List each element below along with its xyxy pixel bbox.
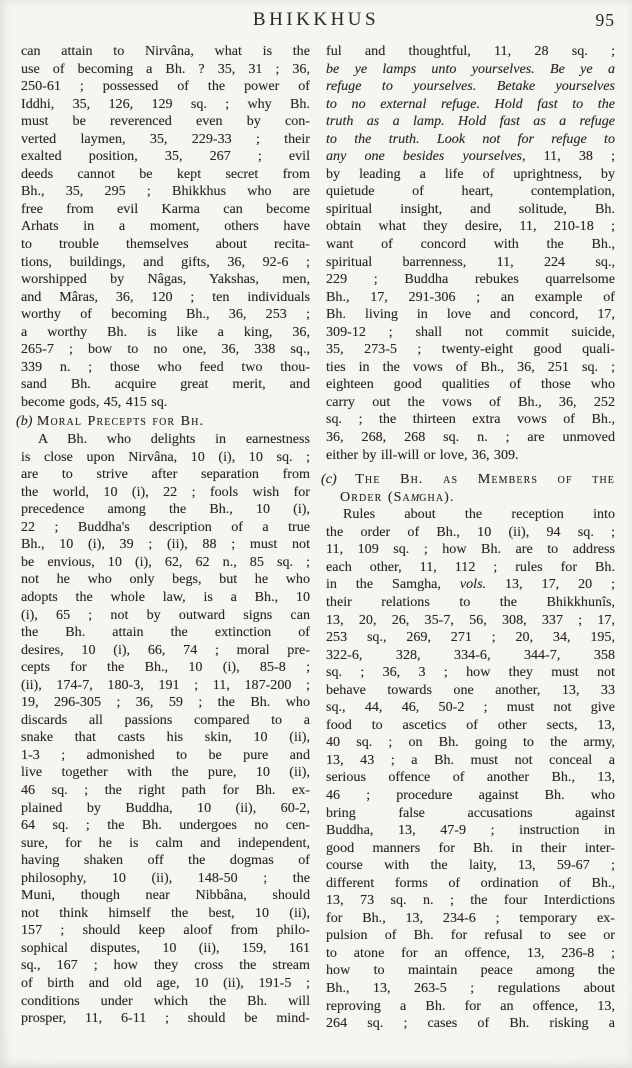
text-line: different forms of ordination of Bh., bbox=[326, 875, 615, 893]
text-line: Iddhi, 35, 126, 129 sq. ; why Bh. bbox=[21, 96, 310, 114]
text-segment: become gods, 45, 415 sq. bbox=[21, 394, 167, 410]
text-segment: quietude of heart, contemplation, bbox=[326, 183, 615, 199]
book-page: BHIKKHUS 95 can attain to Nirvâna, what … bbox=[0, 0, 632, 1068]
text-segment: be envious, 10 (i), 62, 62 n., 85 sq. ; bbox=[21, 554, 310, 570]
text-line: desires, 10 (i), 66, 74 ; moral pre- bbox=[21, 642, 310, 660]
text-segment: verted laymen, 35, 229-33 ; their bbox=[21, 131, 310, 147]
text-line: are to strive after separation from bbox=[21, 466, 310, 484]
text-line: 322-6, 328, 334-6, 344-7, 358 bbox=[326, 647, 615, 665]
text-line: worshipped by Nâgas, Yakshas, men, bbox=[21, 271, 310, 289]
text-segment: having shaken off the dogmas of bbox=[21, 852, 310, 868]
text-line: any one besides yourselves, 11, 38 ; bbox=[326, 148, 615, 166]
text-line: conditions under which the Bh. will bbox=[21, 993, 310, 1011]
text-segment: ful and thoughtful, 11, 28 sq. ; bbox=[326, 43, 615, 59]
text-segment: 13, 17, 20 ; bbox=[486, 576, 615, 592]
text-line: 157 ; should keep aloof from philo- bbox=[21, 922, 310, 940]
text-line: the world, 10 (i), 22 ; fools wish for bbox=[21, 484, 310, 502]
text-segment: sophical disputes, 10 (ii), 159, 161 bbox=[21, 940, 310, 956]
text-segment: 253 sq., 269, 271 ; 20, 34, 195, bbox=[326, 629, 615, 645]
text-line: philosophy, 10 (ii), 148-50 ; the bbox=[21, 870, 310, 888]
text-line: A Bh. who delights in earnestness bbox=[21, 431, 310, 449]
text-segment: is close upon Nirvâna, 10 (i), 10 sq. ; bbox=[21, 449, 310, 465]
text-segment: discards all passions compared to a bbox=[21, 712, 310, 728]
text-line: 36, 268, 268 sq. n. ; are unmoved bbox=[326, 429, 615, 447]
text-segment: how to maintain peace among the bbox=[326, 962, 615, 978]
text-line: eighteen good qualities of those who bbox=[326, 376, 615, 394]
text-segment: ties in the vows of Bh., 36, 251 sq. ; bbox=[326, 359, 615, 375]
text-segment: prosper, 11, 6-11 ; should be mind- bbox=[21, 1010, 310, 1026]
text-line: ful and thoughtful, 11, 28 sq. ; bbox=[326, 43, 615, 61]
text-line: 22 ; Buddha's description of a true bbox=[21, 519, 310, 537]
text-segment: pulsion of Bh. for refusal to see or bbox=[326, 927, 615, 943]
text-line: Muni, though near Nibbâna, should bbox=[21, 887, 310, 905]
text-line: 35, 273-5 ; twenty-eight good quali- bbox=[326, 341, 615, 359]
text-line: be ye lamps unto yourselves. Be ye a bbox=[326, 61, 615, 79]
text-segment: philosophy, 10 (ii), 148-50 ; the bbox=[21, 870, 310, 886]
text-line: (b) Moral Precepts for Bh. bbox=[16, 413, 310, 431]
text-segment: be ye lamps unto yourselves. Be ye a bbox=[326, 61, 615, 77]
text-line: how to maintain peace among the bbox=[326, 962, 615, 980]
text-line: the Bh. attain the extinction of bbox=[21, 624, 310, 642]
text-line: verted laymen, 35, 229-33 ; their bbox=[21, 131, 310, 149]
text-line: 229 ; Buddha rebukes quarrelsome bbox=[326, 271, 615, 289]
text-segment: 36, 268, 268 sq. n. ; are unmoved bbox=[326, 429, 615, 445]
text-segment: Rules about the reception into bbox=[343, 506, 615, 522]
text-segment: a worthy Bh. is like a king, 36, bbox=[21, 324, 310, 340]
text-line: tions, buildings, and gifts, 36, 92-6 ; bbox=[21, 254, 310, 272]
text-segment: not think himself the best, 10 (ii), bbox=[21, 905, 310, 921]
text-line: having shaken off the dogmas of bbox=[21, 852, 310, 870]
text-segment: Bh., 17, 291-306 ; an example of bbox=[326, 289, 615, 305]
text-line: ties in the vows of Bh., 36, 251 sq. ; bbox=[326, 359, 615, 377]
text-segment: deeds cannot be kept secret from bbox=[21, 166, 310, 182]
text-line: 250-61 ; possessed of the power of bbox=[21, 78, 310, 96]
text-segment: 13, 20, 26, 35-7, 56, 308, 337 ; 17, bbox=[326, 612, 615, 628]
text-line: pulsion of Bh. for refusal to see or bbox=[326, 927, 615, 945]
text-segment: and Mâras, 36, 120 ; ten individuals bbox=[21, 289, 310, 305]
text-line: food to ascetics of other sects, 13, bbox=[326, 717, 615, 735]
text-segment: by leading a life of uprightness, by bbox=[326, 166, 615, 182]
text-segment: sq., 44, 46, 50-2 ; must not give bbox=[326, 699, 615, 715]
text-segment: vols. bbox=[460, 576, 486, 592]
text-segment: 309-12 ; shall not commit suicide, bbox=[326, 324, 615, 340]
text-segment: truth as a lamp. Hold fast as a refuge bbox=[326, 113, 615, 129]
text-line: live together with the pure, 10 (ii), bbox=[21, 764, 310, 782]
text-segment: to atone for an offence, 13, 236-8 ; bbox=[326, 945, 615, 961]
text-segment: course with the laity, 13, 59-67 ; bbox=[326, 857, 615, 873]
text-line: snake that casts his skin, 10 (ii), bbox=[21, 729, 310, 747]
text-line: Bh., 10 (i), 39 ; (ii), 88 ; must not bbox=[21, 536, 310, 554]
text-segment: precedence among the Bh., 10 (i), bbox=[21, 501, 310, 517]
text-segment: Iddhi, 35, 126, 129 sq. ; why Bh. bbox=[21, 96, 310, 112]
text-segment: desires, 10 (i), 66, 74 ; moral pre- bbox=[21, 642, 310, 658]
text-line: either by ill-will or love, 36, 309. bbox=[326, 447, 615, 465]
text-line: a worthy Bh. is like a king, 36, bbox=[21, 324, 310, 342]
text-line: worthy of becoming Bh., 36, 253 ; bbox=[21, 306, 310, 324]
text-segment: (i), 65 ; not by outward signs can bbox=[21, 607, 310, 623]
text-line: Bh., 17, 291-306 ; an example of bbox=[326, 289, 615, 307]
text-segment: 322-6, 328, 334-6, 344-7, 358 bbox=[326, 647, 615, 663]
text-line: sophical disputes, 10 (ii), 159, 161 bbox=[21, 940, 310, 958]
text-line: 64 sq. ; the Bh. undergoes no cen- bbox=[21, 817, 310, 835]
text-segment: each other, 11, 112 ; rules for Bh. bbox=[326, 559, 615, 575]
text-segment: the Bh. attain the extinction of bbox=[21, 624, 310, 640]
text-segment: must be reverenced even by con- bbox=[21, 113, 310, 129]
text-segment: in the Samgha, bbox=[326, 576, 460, 592]
text-line: not he who only begs, but he who bbox=[21, 571, 310, 589]
text-segment: sq. ; the thirteen extra vows of Bh., bbox=[326, 411, 615, 427]
page-title: BHIKKHUS bbox=[0, 9, 632, 31]
text-columns: can attain to Nirvâna, what is theuse of… bbox=[21, 43, 615, 1033]
column-right: ful and thoughtful, 11, 28 sq. ;be ye la… bbox=[326, 43, 615, 1033]
text-line: discards all passions compared to a bbox=[21, 712, 310, 730]
text-segment: bring false accusations against bbox=[326, 805, 615, 821]
text-line: exalted position, 35, 267 ; evil bbox=[21, 148, 310, 166]
text-segment: 22 ; Buddha's description of a true bbox=[21, 519, 310, 535]
text-line: each other, 11, 112 ; rules for Bh. bbox=[326, 559, 615, 577]
text-segment: worthy of becoming Bh., 36, 253 ; bbox=[21, 306, 310, 322]
text-segment: want of concord with the Bh., bbox=[326, 236, 615, 252]
text-segment: food to ascetics of other sects, 13, bbox=[326, 717, 615, 733]
text-segment: adopts the whole law, is a Bh., 10 bbox=[21, 589, 310, 605]
text-line: 46 sq. ; the right path for Bh. ex- bbox=[21, 782, 310, 800]
text-segment: Arhats in a moment, others have bbox=[21, 218, 310, 234]
text-line: 19, 296-305 ; 36, 59 ; the Bh. who bbox=[21, 694, 310, 712]
text-segment: sure, for he is calm and independent, bbox=[21, 835, 310, 851]
text-segment: (b) bbox=[16, 413, 37, 429]
text-line: free from evil Karma can become bbox=[21, 201, 310, 219]
text-line: in the Samgha, vols. 13, 17, 20 ; bbox=[326, 576, 615, 594]
text-segment: (ii), 174-7, 180-3, 191 ; 11, 187-200 ; bbox=[21, 677, 310, 693]
text-segment: conditions under which the Bh. will bbox=[21, 993, 310, 1009]
text-line: reproving a Bh. for an offence, 13, bbox=[326, 998, 615, 1016]
text-line: serious offence of another Bh., 13, bbox=[326, 769, 615, 787]
text-segment: exalted position, 35, 267 ; evil bbox=[21, 148, 310, 164]
text-segment: Bh. living in love and concord, 17, bbox=[326, 306, 615, 322]
running-header: BHIKKHUS 95 bbox=[0, 9, 632, 35]
text-line: want of concord with the Bh., bbox=[326, 236, 615, 254]
text-segment: behave towards one another, 13, 33 bbox=[326, 682, 615, 698]
text-line: Rules about the reception into bbox=[326, 506, 615, 524]
text-line: and Mâras, 36, 120 ; ten individuals bbox=[21, 289, 310, 307]
column-left: can attain to Nirvâna, what is theuse of… bbox=[21, 43, 310, 1033]
text-segment: use of becoming a Bh. ? 35, 31 ; 36, bbox=[21, 61, 310, 77]
text-segment: the order of Bh., 10 (ii), 94 sq. ; bbox=[326, 524, 615, 540]
text-line: Order (Samgha). bbox=[326, 489, 615, 507]
text-segment: sq., 167 ; how they cross the stream bbox=[21, 957, 310, 973]
text-line: precedence among the Bh., 10 (i), bbox=[21, 501, 310, 519]
text-segment: 265-7 ; bow to no one, 36, 338 sq., bbox=[21, 341, 310, 357]
text-line: their relations to the Bhikkhunîs, bbox=[326, 594, 615, 612]
text-line: cepts for the Bh., 10 (i), 85-8 ; bbox=[21, 659, 310, 677]
text-line: 253 sq., 269, 271 ; 20, 34, 195, bbox=[326, 629, 615, 647]
text-line: not think himself the best, 10 (ii), bbox=[21, 905, 310, 923]
text-segment: carry out the vows of Bh., 36, 252 bbox=[326, 394, 615, 410]
text-segment: their relations to the Bhikkhunîs, bbox=[326, 594, 615, 610]
text-segment: The Bh. as Members of the bbox=[355, 471, 615, 487]
text-segment: Buddha, 13, 47-9 ; instruction in bbox=[326, 822, 615, 838]
text-line: sq., 44, 46, 50-2 ; must not give bbox=[326, 699, 615, 717]
text-line: (ii), 174-7, 180-3, 191 ; 11, 187-200 ; bbox=[21, 677, 310, 695]
text-line: to the truth. Look not for refuge to bbox=[326, 131, 615, 149]
text-segment: 264 sq. ; cases of Bh. risking a bbox=[326, 1015, 615, 1031]
text-line: to atone for an offence, 13, 236-8 ; bbox=[326, 945, 615, 963]
text-segment: 157 ; should keep aloof from philo- bbox=[21, 922, 310, 938]
text-line: refuge to yourselves. Betake yourselves bbox=[326, 78, 615, 96]
text-line: Bh., 13, 263-5 ; regulations about bbox=[326, 980, 615, 998]
text-segment: of birth and old age, 10 (ii), 191-5 ; bbox=[21, 975, 310, 991]
text-segment: Moral Precepts for Bh. bbox=[37, 413, 204, 429]
text-line: plained by Buddha, 10 (ii), 60-2, bbox=[21, 800, 310, 818]
text-line: truth as a lamp. Hold fast as a refuge bbox=[326, 113, 615, 131]
text-line: spiritual barrenness, 11, 224 sq., bbox=[326, 254, 615, 272]
text-line: good manners for Bh. in their inter- bbox=[326, 840, 615, 858]
text-segment: live together with the pure, 10 (ii), bbox=[21, 764, 310, 780]
text-segment: either by ill-will or love, 36, 309. bbox=[326, 447, 519, 463]
text-segment: 35, 273-5 ; twenty-eight good quali- bbox=[326, 341, 615, 357]
text-segment: any one besides yourselves, bbox=[326, 148, 544, 164]
text-segment: gha). bbox=[419, 489, 454, 505]
text-line: deeds cannot be kept secret from bbox=[21, 166, 310, 184]
text-line: 46 ; procedure against Bh. who bbox=[326, 787, 615, 805]
text-segment: 250-61 ; possessed of the power of bbox=[21, 78, 310, 94]
text-line: sand Bh. acquire great merit, and bbox=[21, 376, 310, 394]
text-segment: 11, 38 ; bbox=[544, 148, 615, 164]
text-line: 40 sq. ; on Bh. going to the army, bbox=[326, 734, 615, 752]
text-segment: m bbox=[411, 489, 419, 505]
text-segment: spiritual barrenness, 11, 224 sq., bbox=[326, 254, 615, 270]
text-segment: to the truth. Look not for refuge to bbox=[326, 131, 615, 147]
text-segment: plained by Buddha, 10 (ii), 60-2, bbox=[21, 800, 310, 816]
text-line: the order of Bh., 10 (ii), 94 sq. ; bbox=[326, 524, 615, 542]
text-segment: not he who only begs, but he who bbox=[21, 571, 310, 587]
text-line: (i), 65 ; not by outward signs can bbox=[21, 607, 310, 625]
text-segment: the world, 10 (i), 22 ; fools wish for bbox=[21, 484, 310, 500]
text-segment: different forms of ordination of Bh., bbox=[326, 875, 615, 891]
text-line: is close upon Nirvâna, 10 (i), 10 sq. ; bbox=[21, 449, 310, 467]
text-line: Bh. living in love and concord, 17, bbox=[326, 306, 615, 324]
text-segment: refuge to yourselves. Betake yourselves bbox=[326, 78, 615, 94]
text-line: 265-7 ; bow to no one, 36, 338 sq., bbox=[21, 341, 310, 359]
text-segment: spiritual insight, and solitude, Bh. bbox=[326, 201, 615, 217]
page-number: 95 bbox=[596, 10, 616, 31]
text-segment: 40 sq. ; on Bh. going to the army, bbox=[326, 734, 615, 750]
text-segment: eighteen good qualities of those who bbox=[326, 376, 615, 392]
text-line: 339 n. ; those who feed two thou- bbox=[21, 359, 310, 377]
text-segment: 13, 43 ; a Bh. must not conceal a bbox=[326, 752, 615, 768]
text-line: 264 sq. ; cases of Bh. risking a bbox=[326, 1015, 615, 1033]
text-line: can attain to Nirvâna, what is the bbox=[21, 43, 310, 61]
text-segment: 339 n. ; those who feed two thou- bbox=[21, 359, 310, 375]
text-line: 13, 20, 26, 35-7, 56, 308, 337 ; 17, bbox=[326, 612, 615, 630]
text-line: be envious, 10 (i), 62, 62 n., 85 sq. ; bbox=[21, 554, 310, 572]
text-segment: are to strive after separation from bbox=[21, 466, 310, 482]
text-segment: 229 ; Buddha rebukes quarrelsome bbox=[326, 271, 615, 287]
text-segment: tions, buildings, and gifts, 36, 92-6 ; bbox=[21, 254, 310, 270]
text-line: obtain what they desire, 11, 210-18 ; bbox=[326, 218, 615, 236]
text-segment: good manners for Bh. in their inter- bbox=[326, 840, 615, 856]
text-segment: 64 sq. ; the Bh. undergoes no cen- bbox=[21, 817, 310, 833]
text-line: by leading a life of uprightness, by bbox=[326, 166, 615, 184]
text-line: 13, 73 sq. n. ; the four Interdictions bbox=[326, 892, 615, 910]
text-line: adopts the whole law, is a Bh., 10 bbox=[21, 589, 310, 607]
text-line: spiritual insight, and solitude, Bh. bbox=[326, 201, 615, 219]
text-line: Buddha, 13, 47-9 ; instruction in bbox=[326, 822, 615, 840]
text-segment: snake that casts his skin, 10 (ii), bbox=[21, 729, 310, 745]
text-line: to no external refuge. Hold fast to the bbox=[326, 96, 615, 114]
text-line: sq., 167 ; how they cross the stream bbox=[21, 957, 310, 975]
text-line: bring false accusations against bbox=[326, 805, 615, 823]
text-line: (c) The Bh. as Members of the bbox=[321, 471, 615, 489]
text-segment: Bh., 35, 295 ; Bhikkhus who are bbox=[21, 183, 310, 199]
text-line: to trouble themselves about recita- bbox=[21, 236, 310, 254]
text-line: course with the laity, 13, 59-67 ; bbox=[326, 857, 615, 875]
text-segment: Muni, though near Nibbâna, should bbox=[21, 887, 310, 903]
text-segment: Bh., 13, 263-5 ; regulations about bbox=[326, 980, 615, 996]
text-segment: A Bh. who delights in earnestness bbox=[38, 431, 310, 447]
text-line: 13, 43 ; a Bh. must not conceal a bbox=[326, 752, 615, 770]
text-segment: 46 sq. ; the right path for Bh. ex- bbox=[21, 782, 310, 798]
text-line: for Bh., 13, 234-6 ; temporary ex- bbox=[326, 910, 615, 928]
text-line: Bh., 35, 295 ; Bhikkhus who are bbox=[21, 183, 310, 201]
text-segment: 1-3 ; admonished to be pure and bbox=[21, 747, 310, 763]
text-segment: for Bh., 13, 234-6 ; temporary ex- bbox=[326, 910, 615, 926]
text-segment: 11, 109 sq. ; how Bh. are to address bbox=[326, 541, 615, 557]
text-line: 11, 109 sq. ; how Bh. are to address bbox=[326, 541, 615, 559]
text-line: become gods, 45, 415 sq. bbox=[21, 394, 310, 412]
text-segment: to no external refuge. Hold fast to the bbox=[326, 96, 615, 112]
text-line: sq. ; 36, 3 ; how they must not bbox=[326, 664, 615, 682]
text-line: use of becoming a Bh. ? 35, 31 ; 36, bbox=[21, 61, 310, 79]
text-segment: free from evil Karma can become bbox=[21, 201, 310, 217]
text-line: quietude of heart, contemplation, bbox=[326, 183, 615, 201]
text-segment: Order (Sa bbox=[340, 489, 411, 505]
text-segment: can attain to Nirvâna, what is the bbox=[21, 43, 310, 59]
text-segment: reproving a Bh. for an offence, 13, bbox=[326, 998, 615, 1014]
text-line: sq. ; the thirteen extra vows of Bh., bbox=[326, 411, 615, 429]
text-segment: 19, 296-305 ; 36, 59 ; the Bh. who bbox=[21, 694, 310, 710]
text-line: sure, for he is calm and independent, bbox=[21, 835, 310, 853]
text-segment: serious offence of another Bh., 13, bbox=[326, 769, 615, 785]
text-segment: worshipped by Nâgas, Yakshas, men, bbox=[21, 271, 310, 287]
text-segment: to trouble themselves about recita- bbox=[21, 236, 310, 252]
text-segment: 46 ; procedure against Bh. who bbox=[326, 787, 615, 803]
text-line: Arhats in a moment, others have bbox=[21, 218, 310, 236]
text-segment: obtain what they desire, 11, 210-18 ; bbox=[326, 218, 615, 234]
text-line: must be reverenced even by con- bbox=[21, 113, 310, 131]
text-line: 309-12 ; shall not commit suicide, bbox=[326, 324, 615, 342]
text-line: of birth and old age, 10 (ii), 191-5 ; bbox=[21, 975, 310, 993]
text-segment: sq. ; 36, 3 ; how they must not bbox=[326, 664, 615, 680]
text-segment: Bh., 10 (i), 39 ; (ii), 88 ; must not bbox=[21, 536, 310, 552]
text-segment: cepts for the Bh., 10 (i), 85-8 ; bbox=[21, 659, 310, 675]
text-segment: 13, 73 sq. n. ; the four Interdictions bbox=[326, 892, 615, 908]
text-segment: sand Bh. acquire great merit, and bbox=[21, 376, 310, 392]
text-line: 1-3 ; admonished to be pure and bbox=[21, 747, 310, 765]
text-segment: (c) bbox=[321, 471, 355, 487]
text-line: prosper, 11, 6-11 ; should be mind- bbox=[21, 1010, 310, 1028]
text-line: behave towards one another, 13, 33 bbox=[326, 682, 615, 700]
text-line: carry out the vows of Bh., 36, 252 bbox=[326, 394, 615, 412]
